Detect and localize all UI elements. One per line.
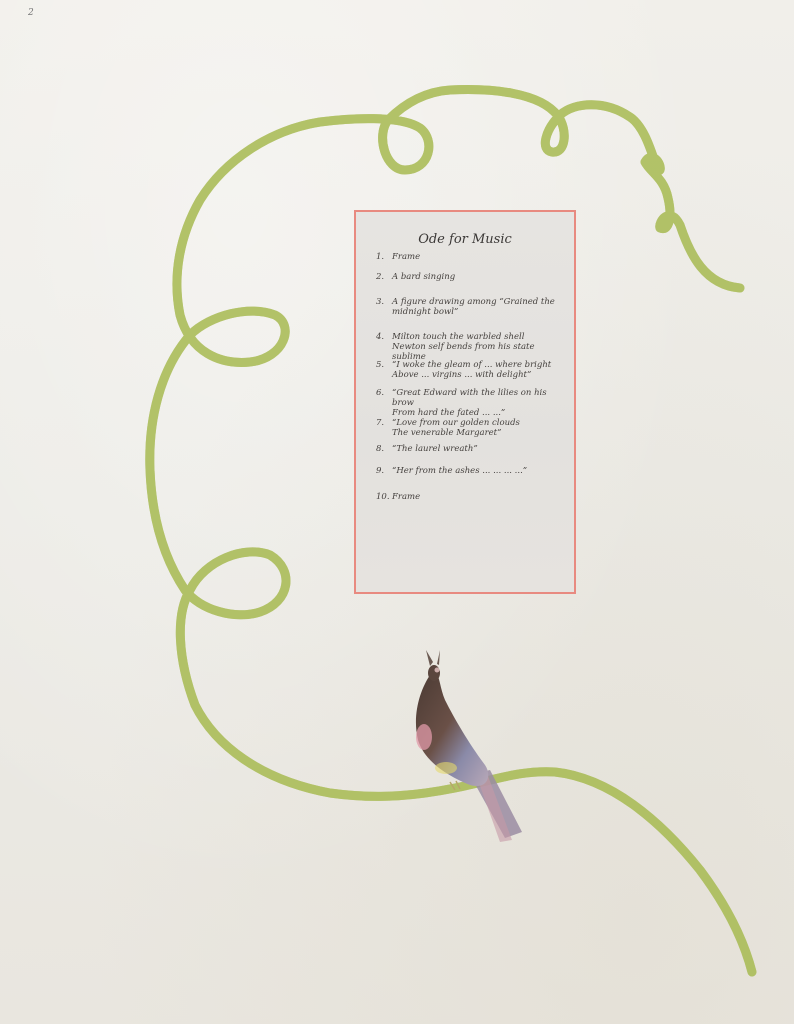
bird-icon xyxy=(0,0,794,1024)
